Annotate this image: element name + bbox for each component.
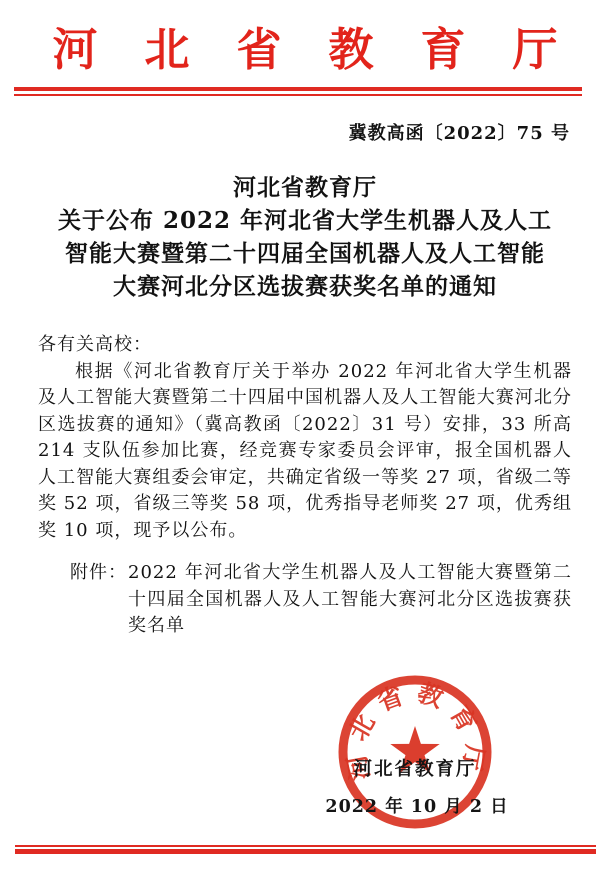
header-divider-thin-line: [14, 94, 582, 96]
attachment-line-2: 十四届全国机器人及人工智能大赛河北分区选拔赛获: [128, 587, 572, 614]
body-line: 人工智能大赛组委会审定，共确定省级一等奖 27 项，省级二等: [38, 465, 572, 492]
document-number: 冀教高函〔2022〕75 号: [0, 124, 610, 144]
body-line: 214 支队伍参加比赛，经竞赛专家委员会评审，报全国机器人及: [38, 438, 572, 465]
official-notice-document: 河北省教育厅 冀教高函〔2022〕75 号 河北省教育厅 关于公布 2022 年…: [0, 0, 610, 869]
attachment-line-3: 奖名单: [128, 613, 572, 640]
footer-divider-thick-line: [15, 849, 596, 854]
body-line: 区选拔赛的通知》（冀高教函〔2022〕31 号）安排，33 所高校: [38, 412, 572, 439]
agency-masthead: 河北省教育厅: [0, 26, 610, 74]
notice-body: 各有关高校： 根据《河北省教育厅关于举办 2022 年河北省大学生机器人 及人工…: [0, 332, 610, 640]
attachment-line-1: 2022 年河北省大学生机器人及人工智能大赛暨第二: [128, 560, 572, 587]
body-line: 奖 10 项，现予以公布。: [38, 518, 572, 545]
salutation: 各有关高校：: [38, 332, 572, 359]
title-line-2: 关于公布 2022 年河北省大学生机器人及人工: [0, 204, 610, 237]
signer-name: 河北省教育厅: [330, 755, 500, 781]
footer-divider: [15, 845, 596, 854]
attachment-label: 附件：: [70, 560, 128, 640]
body-line: 根据《河北省教育厅关于举办 2022 年河北省大学生机器人: [38, 359, 572, 386]
title-line-4: 大赛河北分区选拔赛获奖名单的通知: [0, 270, 610, 303]
header-divider: [14, 87, 582, 96]
notice-title: 河北省教育厅 关于公布 2022 年河北省大学生机器人及人工 智能大赛暨第二十四…: [0, 171, 610, 303]
attachment-text: 2022 年河北省大学生机器人及人工智能大赛暨第二 十四届全国机器人及人工智能大…: [128, 560, 572, 640]
signature-date: 2022 年 10 月 2 日: [322, 793, 512, 818]
attachment-note: 附件： 2022 年河北省大学生机器人及人工智能大赛暨第二 十四届全国机器人及人…: [70, 560, 572, 640]
title-line-3: 智能大赛暨第二十四届全国机器人及人工智能: [0, 237, 610, 270]
body-line: 及人工智能大赛暨第二十四届中国机器人及人工智能大赛河北分: [38, 385, 572, 412]
title-line-1: 河北省教育厅: [0, 171, 610, 204]
body-line: 奖 52 项，省级三等奖 58 项，优秀指导老师奖 27 项，优秀组织: [38, 491, 572, 518]
